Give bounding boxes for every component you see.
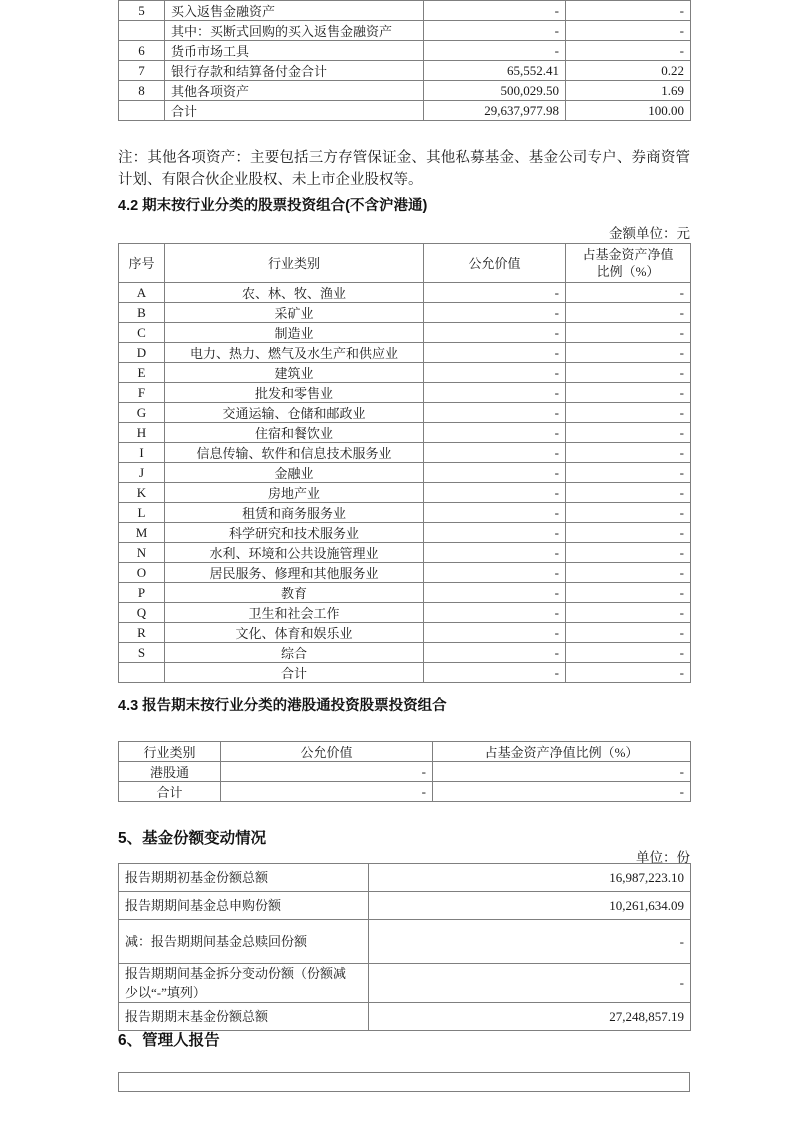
industry-code-cell: A [119,283,165,303]
share-change-label-cell: 报告期期末基金份额总额 [119,1003,369,1031]
ratio-cell: - [566,463,691,483]
share-change-value-cell: 27,248,857.19 [369,1003,691,1031]
industry-code-cell: S [119,643,165,663]
industry-name-cell: 制造业 [165,323,424,343]
row-number-cell: 6 [119,41,165,61]
col-header-ratio: 占基金资产净值比例（%） [433,742,691,762]
section-5-heading: 5、基金份额变动情况 [118,826,266,848]
header-row: 行业类别 公允价值 占基金资产净值比例（%） [119,742,691,762]
col-header-industry: 行业类别 [165,244,424,283]
ratio-cell: - [566,41,691,61]
industry-name-cell: 卫生和社会工作 [165,603,424,623]
table-row: L 租赁和商务服务业 - - [119,503,691,523]
hk-connect-table: 行业类别 公允价值 占基金资产净值比例（%） 港股通 - - 合计 - - [118,741,691,802]
table-row: F 批发和零售业 - - [119,383,691,403]
ratio-cell: - [566,323,691,343]
col-header-ratio-line2: 比例（%） [572,263,684,280]
ratio-cell: - [566,603,691,623]
industry-name-cell: 信息传输、软件和信息技术服务业 [165,443,424,463]
share-change-label-cell: 报告期期初基金份额总额 [119,864,369,892]
industry-table-header: 序号 行业类别 公允价值 占基金资产净值 比例（%） [119,244,691,283]
industry-name-cell: 农、林、牧、渔业 [165,283,424,303]
share-change-value-cell: - [369,920,691,964]
ratio-cell: - [566,21,691,41]
table-row: P 教育 - - [119,583,691,603]
ratio-cell: - [566,403,691,423]
industry-code-cell: M [119,523,165,543]
ratio-cell: - [433,782,691,802]
industry-code-cell: I [119,443,165,463]
table-row: S 综合 - - [119,643,691,663]
ratio-cell: - [566,423,691,443]
share-change-label-cell: 减：报告期期间基金总赎回份额 [119,920,369,964]
industry-code-cell: K [119,483,165,503]
fair-value-cell: - [424,503,566,523]
table-row: 合计 29,637,977.98 100.00 [119,101,691,121]
table-row: 6 货币市场工具 - - [119,41,691,61]
fund-share-change-table: 报告期期初基金份额总额 16,987,223.10 报告期期间基金总申购份额 1… [118,863,691,1031]
asset-name-cell: 其中：买断式回购的买入返售金融资产 [165,21,424,41]
table-row: 合计 - - [119,663,691,683]
row-number-cell: 5 [119,1,165,21]
fair-value-cell: - [424,403,566,423]
table-row: Q 卫生和社会工作 - - [119,603,691,623]
ratio-cell: - [566,643,691,663]
table-row: B 采矿业 - - [119,303,691,323]
section-4-2-heading: 4.2 期末按行业分类的股票投资组合(不含沪港通) [118,194,427,215]
industry-code-cell: E [119,363,165,383]
ratio-cell: - [566,363,691,383]
industry-code-cell: N [119,543,165,563]
ratio-cell: - [566,1,691,21]
table-row: M 科学研究和技术服务业 - - [119,523,691,543]
table-row: I 信息传输、软件和信息技术服务业 - - [119,443,691,463]
row-number-cell [119,21,165,41]
ratio-cell: - [566,543,691,563]
ratio-cell: - [566,623,691,643]
fair-value-cell: - [424,41,566,61]
industry-code-cell: R [119,623,165,643]
other-assets-note: 注：其他各项资产：主要包括三方存管保证金、其他私募基金、基金公司专户、券商资管计… [118,147,690,191]
industry-name-cell: 租赁和商务服务业 [165,503,424,523]
unit-label-yuan: 金额单位：元 [609,222,690,242]
ratio-cell: - [566,663,691,683]
header-row: 序号 行业类别 公允价值 占基金资产净值 比例（%） [119,244,691,283]
industry-name-cell: 合计 [119,782,221,802]
table-row: 合计 - - [119,782,691,802]
row-number-cell: 8 [119,81,165,101]
industry-name-cell: 住宿和餐饮业 [165,423,424,443]
fund-share-change-table-body: 报告期期初基金份额总额 16,987,223.10 报告期期间基金总申购份额 1… [119,864,691,1031]
fair-value-cell: - [424,283,566,303]
fair-value-cell: - [424,323,566,343]
other-assets-table: 5 买入返售金融资产 - - 其中：买断式回购的买入返售金融资产 - - 6 货… [118,0,691,121]
table-row: 报告期期间基金总申购份额 10,261,634.09 [119,892,691,920]
industry-code-cell: H [119,423,165,443]
col-header-ratio: 占基金资产净值 比例（%） [566,244,691,283]
fair-value-cell: - [424,643,566,663]
share-change-value-cell: - [369,964,691,1003]
fair-value-cell: - [424,523,566,543]
fair-value-cell: 500,029.50 [424,81,566,101]
industry-code-cell: G [119,403,165,423]
industry-code-cell: C [119,323,165,343]
industry-code-cell: P [119,583,165,603]
fair-value-cell: - [424,423,566,443]
table-row: 8 其他各项资产 500,029.50 1.69 [119,81,691,101]
ratio-cell: - [566,523,691,543]
industry-name-cell: 科学研究和技术服务业 [165,523,424,543]
share-change-value-cell: 10,261,634.09 [369,892,691,920]
industry-name-cell: 批发和零售业 [165,383,424,403]
industry-code-cell: L [119,503,165,523]
fair-value-cell: - [424,623,566,643]
table-row: O 居民服务、修理和其他服务业 - - [119,563,691,583]
industry-code-cell: J [119,463,165,483]
industry-table-body: A 农、林、牧、渔业 - - B 采矿业 - - C 制造业 - - [119,283,691,683]
industry-code-cell: B [119,303,165,323]
industry-code-cell: F [119,383,165,403]
col-header-no: 序号 [119,244,165,283]
industry-code-cell: O [119,563,165,583]
industry-name-cell: 合计 [165,663,424,683]
ratio-cell: - [566,563,691,583]
table-row: 报告期期末基金份额总额 27,248,857.19 [119,1003,691,1031]
ratio-cell: 100.00 [566,101,691,121]
ratio-cell: - [566,283,691,303]
col-header-fair-value: 公允价值 [424,244,566,283]
col-header-fair-value: 公允价值 [221,742,433,762]
table-row: 报告期期初基金份额总额 16,987,223.10 [119,864,691,892]
table-row: K 房地产业 - - [119,483,691,503]
industry-name-cell: 房地产业 [165,483,424,503]
ratio-cell: 1.69 [566,81,691,101]
share-change-label-cell: 报告期期间基金拆分变动份额（份额减少以“-”填列） [119,964,369,1003]
fair-value-cell: - [424,483,566,503]
industry-name-cell: 交通运输、仓储和邮政业 [165,403,424,423]
table-row: 其中：买断式回购的买入返售金融资产 - - [119,21,691,41]
industry-name-cell: 水利、环境和公共设施管理业 [165,543,424,563]
industry-name-cell: 金融业 [165,463,424,483]
industry-code-cell [119,663,165,683]
section-4-3-heading: 4.3 报告期末按行业分类的港股通投资股票投资组合 [118,694,447,715]
industry-name-cell: 电力、热力、燃气及水生产和供应业 [165,343,424,363]
ratio-cell: 0.22 [566,61,691,81]
hk-connect-table-body: 港股通 - - 合计 - - [119,762,691,802]
fair-value-cell: - [424,603,566,623]
col-header-ratio-line1: 占基金资产净值 [572,246,684,263]
ratio-cell: - [566,303,691,323]
industry-name-cell: 文化、体育和娱乐业 [165,623,424,643]
table-row: D 电力、热力、燃气及水生产和供应业 - - [119,343,691,363]
table-row: 减：报告期期间基金总赎回份额 - [119,920,691,964]
fair-value-cell: - [424,303,566,323]
industry-name-cell: 综合 [165,643,424,663]
industry-name-cell: 教育 [165,583,424,603]
asset-name-cell: 银行存款和结算备付金合计 [165,61,424,81]
fair-value-cell: - [424,443,566,463]
fair-value-cell: - [221,762,433,782]
fair-value-cell: - [424,343,566,363]
industry-code-cell: D [119,343,165,363]
asset-name-cell: 合计 [165,101,424,121]
industry-code-cell: Q [119,603,165,623]
row-number-cell [119,101,165,121]
table-row: 报告期期间基金拆分变动份额（份额减少以“-”填列） - [119,964,691,1003]
fair-value-cell: - [424,21,566,41]
section-6-heading: 6、管理人报告 [118,1028,220,1050]
fair-value-cell: 29,637,977.98 [424,101,566,121]
table-row: E 建筑业 - - [119,363,691,383]
ratio-cell: - [566,443,691,463]
fair-value-cell: - [424,1,566,21]
share-change-label-cell: 报告期期间基金总申购份额 [119,892,369,920]
table-row: R 文化、体育和娱乐业 - - [119,623,691,643]
fair-value-cell: - [424,543,566,563]
asset-name-cell: 其他各项资产 [165,81,424,101]
industry-name-cell: 采矿业 [165,303,424,323]
table-row: G 交通运输、仓储和邮政业 - - [119,403,691,423]
table-row: 7 银行存款和结算备付金合计 65,552.41 0.22 [119,61,691,81]
asset-name-cell: 买入返售金融资产 [165,1,424,21]
table-row: 5 买入返售金融资产 - - [119,1,691,21]
table-row: N 水利、环境和公共设施管理业 - - [119,543,691,563]
fair-value-cell: 65,552.41 [424,61,566,81]
industry-name-cell: 港股通 [119,762,221,782]
ratio-cell: - [566,503,691,523]
table-row: J 金融业 - - [119,463,691,483]
ratio-cell: - [566,343,691,363]
ratio-cell: - [566,483,691,503]
row-number-cell: 7 [119,61,165,81]
industry-name-cell: 居民服务、修理和其他服务业 [165,563,424,583]
ratio-cell: - [566,383,691,403]
ratio-cell: - [433,762,691,782]
table-row: C 制造业 - - [119,323,691,343]
other-assets-table-body: 5 买入返售金融资产 - - 其中：买断式回购的买入返售金融资产 - - 6 货… [119,1,691,121]
table-row: A 农、林、牧、渔业 - - [119,283,691,303]
industry-name-cell: 建筑业 [165,363,424,383]
fair-value-cell: - [424,363,566,383]
hk-connect-table-header: 行业类别 公允价值 占基金资产净值比例（%） [119,742,691,762]
fair-value-cell: - [424,583,566,603]
share-change-value-cell: 16,987,223.10 [369,864,691,892]
industry-portfolio-table: 序号 行业类别 公允价值 占基金资产净值 比例（%） A 农、林、牧、渔业 - … [118,243,691,683]
fair-value-cell: - [221,782,433,802]
fund-report-page: 5 买入返售金融资产 - - 其中：买断式回购的买入返售金融资产 - - 6 货… [0,0,800,1131]
fair-value-cell: - [424,383,566,403]
empty-report-box [118,1072,690,1092]
table-row: 港股通 - - [119,762,691,782]
fair-value-cell: - [424,463,566,483]
fair-value-cell: - [424,563,566,583]
table-row: H 住宿和餐饮业 - - [119,423,691,443]
fair-value-cell: - [424,663,566,683]
col-header-industry: 行业类别 [119,742,221,762]
asset-name-cell: 货币市场工具 [165,41,424,61]
ratio-cell: - [566,583,691,603]
